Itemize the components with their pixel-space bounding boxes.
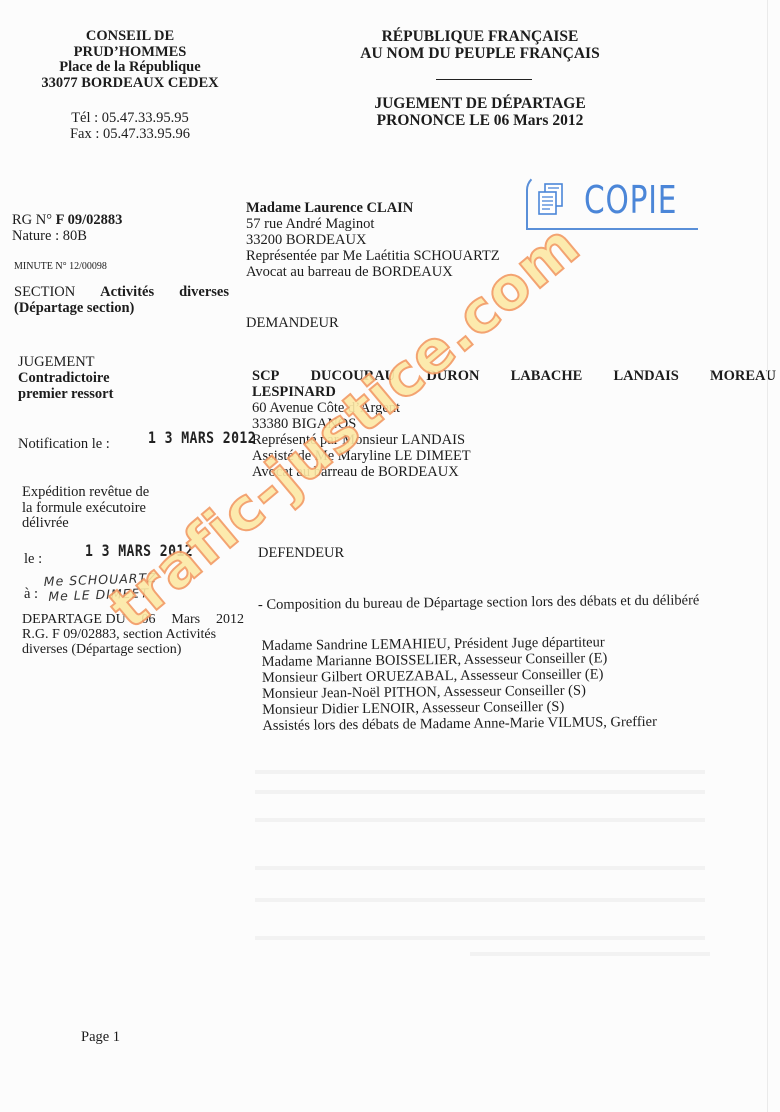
court-line: 33077 BORDEAUX CEDEX: [10, 76, 250, 92]
composition-heading: - Composition du bureau de Départage sec…: [258, 592, 699, 614]
bleed-through: [470, 952, 710, 956]
expedition-note: Expédition revêtue de la formule exécuto…: [22, 485, 149, 532]
section-subvalue: (Départage section): [14, 300, 229, 316]
court-name: CONSEIL DE PRUD’HOMMES Place de la Répub…: [10, 29, 250, 91]
expedition-line: la formule exécutoire: [22, 501, 149, 517]
recipient-label: à :: [24, 586, 38, 603]
case-nature: Nature : 80B: [12, 228, 122, 244]
judgment-title: JUGEMENT DE DÉPARTAGE PRONONCE LE 06 Mar…: [360, 95, 600, 129]
bleed-through: [255, 866, 705, 870]
departage-text: Mars: [171, 612, 200, 627]
judgment-nature: Contradictoire: [18, 370, 113, 386]
defendant-name-word: LANDAIS: [614, 368, 679, 384]
rg-number: F 09/02883: [56, 212, 123, 228]
judgment-label: JUGEMENT: [18, 354, 113, 370]
departage-text: 2012: [216, 612, 244, 627]
court-phone: Tél : 05.47.33.95.95: [10, 110, 250, 126]
bleed-through: [255, 898, 705, 902]
plaintiff-address: 57 rue André Maginot: [246, 216, 500, 232]
court-fax: Fax : 05.47.33.95.96: [10, 126, 250, 142]
minute-number: MINUTE N° 12/00098: [14, 261, 107, 272]
court-contact: Tél : 05.47.33.95.95 Fax : 05.47.33.95.9…: [10, 110, 250, 142]
plaintiff-address: 33200 BORDEAUX: [246, 232, 500, 248]
case-section: SECTION Activités diverses (Départage se…: [14, 284, 229, 316]
defendant-role: DEFENDEUR: [258, 545, 344, 562]
notification-date-stamp: 1 3 MARS 2012: [148, 428, 256, 447]
judgment-ressort: premier ressort: [18, 386, 113, 402]
section-value: diverses: [179, 284, 229, 300]
bleed-through: [255, 936, 705, 940]
plaintiff-bar: Avocat au barreau de BORDEAUX: [246, 264, 500, 280]
judgment-type: JUGEMENT Contradictoire premier ressort: [18, 354, 113, 402]
judgment-title-line: JUGEMENT DE DÉPARTAGE: [360, 95, 600, 112]
court-line: PRUD’HOMMES: [10, 45, 250, 61]
plaintiff-role: DEMANDEUR: [246, 315, 339, 332]
expedition-line: délivrée: [22, 516, 149, 532]
delivery-date-label: le :: [24, 551, 42, 568]
expedition-line: Expédition revêtue de: [22, 485, 149, 501]
case-reference: RG N° F 09/02883 Nature : 80B: [12, 212, 122, 244]
plaintiff-name: Madame Laurence CLAIN: [246, 200, 500, 216]
bleed-through: [255, 770, 705, 774]
republic-line: AU NOM DU PEUPLE FRANÇAIS: [360, 45, 600, 62]
stamp-text: COPIE: [584, 178, 677, 222]
member-item: Assistés lors des débats de Madame Anne-…: [262, 714, 657, 734]
plaintiff-representative: Représentée par Me Laétitia SCHOUARTZ: [246, 248, 500, 264]
bleed-through: [255, 818, 705, 822]
defendant-name-word: LABACHE: [511, 368, 583, 384]
section-label: SECTION: [14, 284, 75, 300]
departage-text: DEPARTAGE DU: [22, 612, 126, 627]
defendant-name-word: SCP: [252, 368, 279, 384]
republic-header: RÉPUBLIQUE FRANÇAISE AU NOM DU PEUPLE FR…: [360, 28, 600, 62]
judgment-date-line: PRONONCE LE 06 Mars 2012: [360, 112, 600, 129]
plaintiff-block: Madame Laurence CLAIN 57 rue André Magin…: [246, 200, 500, 280]
court-line: Place de la République: [10, 60, 250, 76]
section-value: Activités: [100, 284, 154, 300]
departage-line: diverses (Départage section): [22, 642, 244, 657]
header-divider: [436, 79, 532, 80]
rg-label: RG N°: [12, 212, 52, 228]
notification-label: Notification le :: [18, 436, 110, 453]
document-page: CONSEIL DE PRUD’HOMMES Place de la Répub…: [0, 0, 780, 1112]
defendant-name: SCP DUCOURAU DURON LABACHE LANDAIS MOREA…: [252, 368, 776, 384]
page-number: Page 1: [81, 1029, 120, 1046]
bleed-through: [255, 790, 705, 794]
republic-line: RÉPUBLIQUE FRANÇAISE: [360, 28, 600, 45]
bureau-members: Madame Sandrine LEMAHIEU, Président Juge…: [261, 634, 656, 734]
court-line: CONSEIL DE: [10, 29, 250, 45]
defendant-name-word: MOREAU: [710, 368, 776, 384]
